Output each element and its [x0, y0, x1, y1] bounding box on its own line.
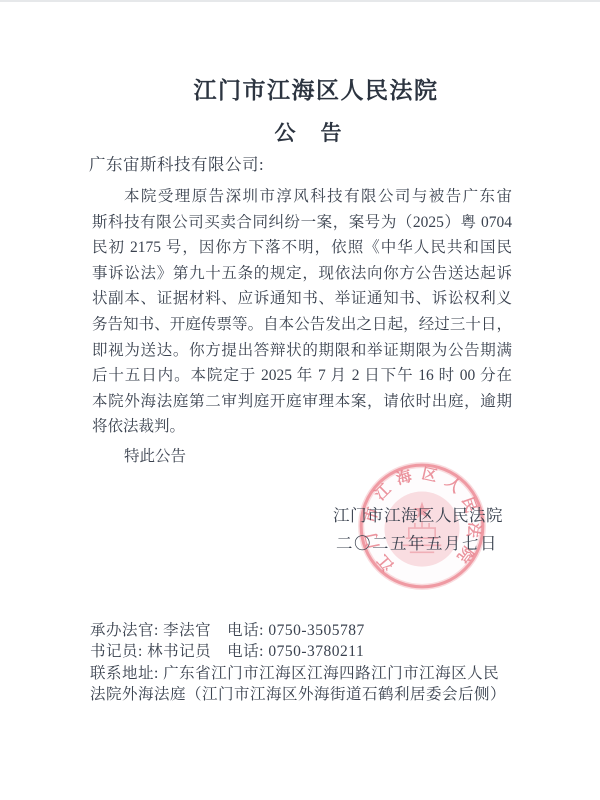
court-title: 江门市江海区人民法院 — [16, 72, 600, 105]
signature-date: 二〇二五年五月七日 — [333, 530, 503, 558]
body-text-line: 后十五日内。本院定于 2025 年 7 月 2 日下午 16 时 00 分在 — [92, 363, 512, 389]
notice-title: 公 告 — [9, 117, 600, 147]
body-text-line: 务告知书、开庭传票等。自本公告发出之日起，经过三十日， — [92, 312, 512, 338]
body-text-line: 事诉讼法》第九十五条的规定，现依法向你方公告送达起诉 — [92, 261, 512, 287]
judge-contact-line: 承办法官: 李法官 电话: 0750-3505787 — [90, 620, 530, 641]
body-text-line: 即视为送达。你方提出答辩状的期限和举证期限为公告期满 — [92, 338, 512, 364]
contact-block: 承办法官: 李法官 电话: 0750-3505787 书记员: 林书记员 电话:… — [90, 620, 530, 706]
clerk-contact-line: 书记员: 林书记员 电话: 0750-3780211 — [90, 641, 530, 662]
announcement-body: 本院受理原告深圳市淳风科技有限公司与被告广东宙斯科技有限公司买卖合同纠纷一案，案… — [92, 184, 512, 440]
body-text-line: 状副本、证据材料、应诉通知书、举证通知书、诉讼权利义 — [92, 286, 512, 312]
signature-court-name: 江门市江海区人民法院 — [333, 502, 503, 530]
contact-address-line-2: 法院外海法庭（江门市江海区外海街道石鹤利居委会后侧） — [90, 684, 530, 705]
body-text-line: 本院受理原告深圳市淳风科技有限公司与被告广东宙 — [92, 184, 512, 210]
scan-edge-artifact — [0, 0, 600, 2]
body-text-line: 民初 2175 号，因你方下落不明，依照《中华人民共和国民 — [92, 235, 512, 261]
body-text-line: 斯科技有限公司买卖合同纠纷一案，案号为（2025）粤 0704 — [92, 210, 512, 236]
contact-address-line-1: 联系地址: 广东省江门市江海区江海四路江门市江海区人民 — [90, 663, 530, 684]
body-text-line: 将依法裁判。 — [92, 414, 512, 440]
court-announcement-page: 江门市江海区人民法院 公 告 广东宙斯科技有限公司: 本院受理原告深圳市淳风科技… — [0, 0, 600, 800]
closing-line: 特此公告 — [92, 444, 186, 470]
signature-block: 江门市江海区人民法院 二〇二五年五月七日 — [333, 502, 503, 558]
addressee-line: 广东宙斯科技有限公司: — [89, 151, 264, 175]
body-text-line: 本院外海法庭第二审判庭开庭审理本案，请依时出庭，逾期 — [92, 389, 512, 415]
